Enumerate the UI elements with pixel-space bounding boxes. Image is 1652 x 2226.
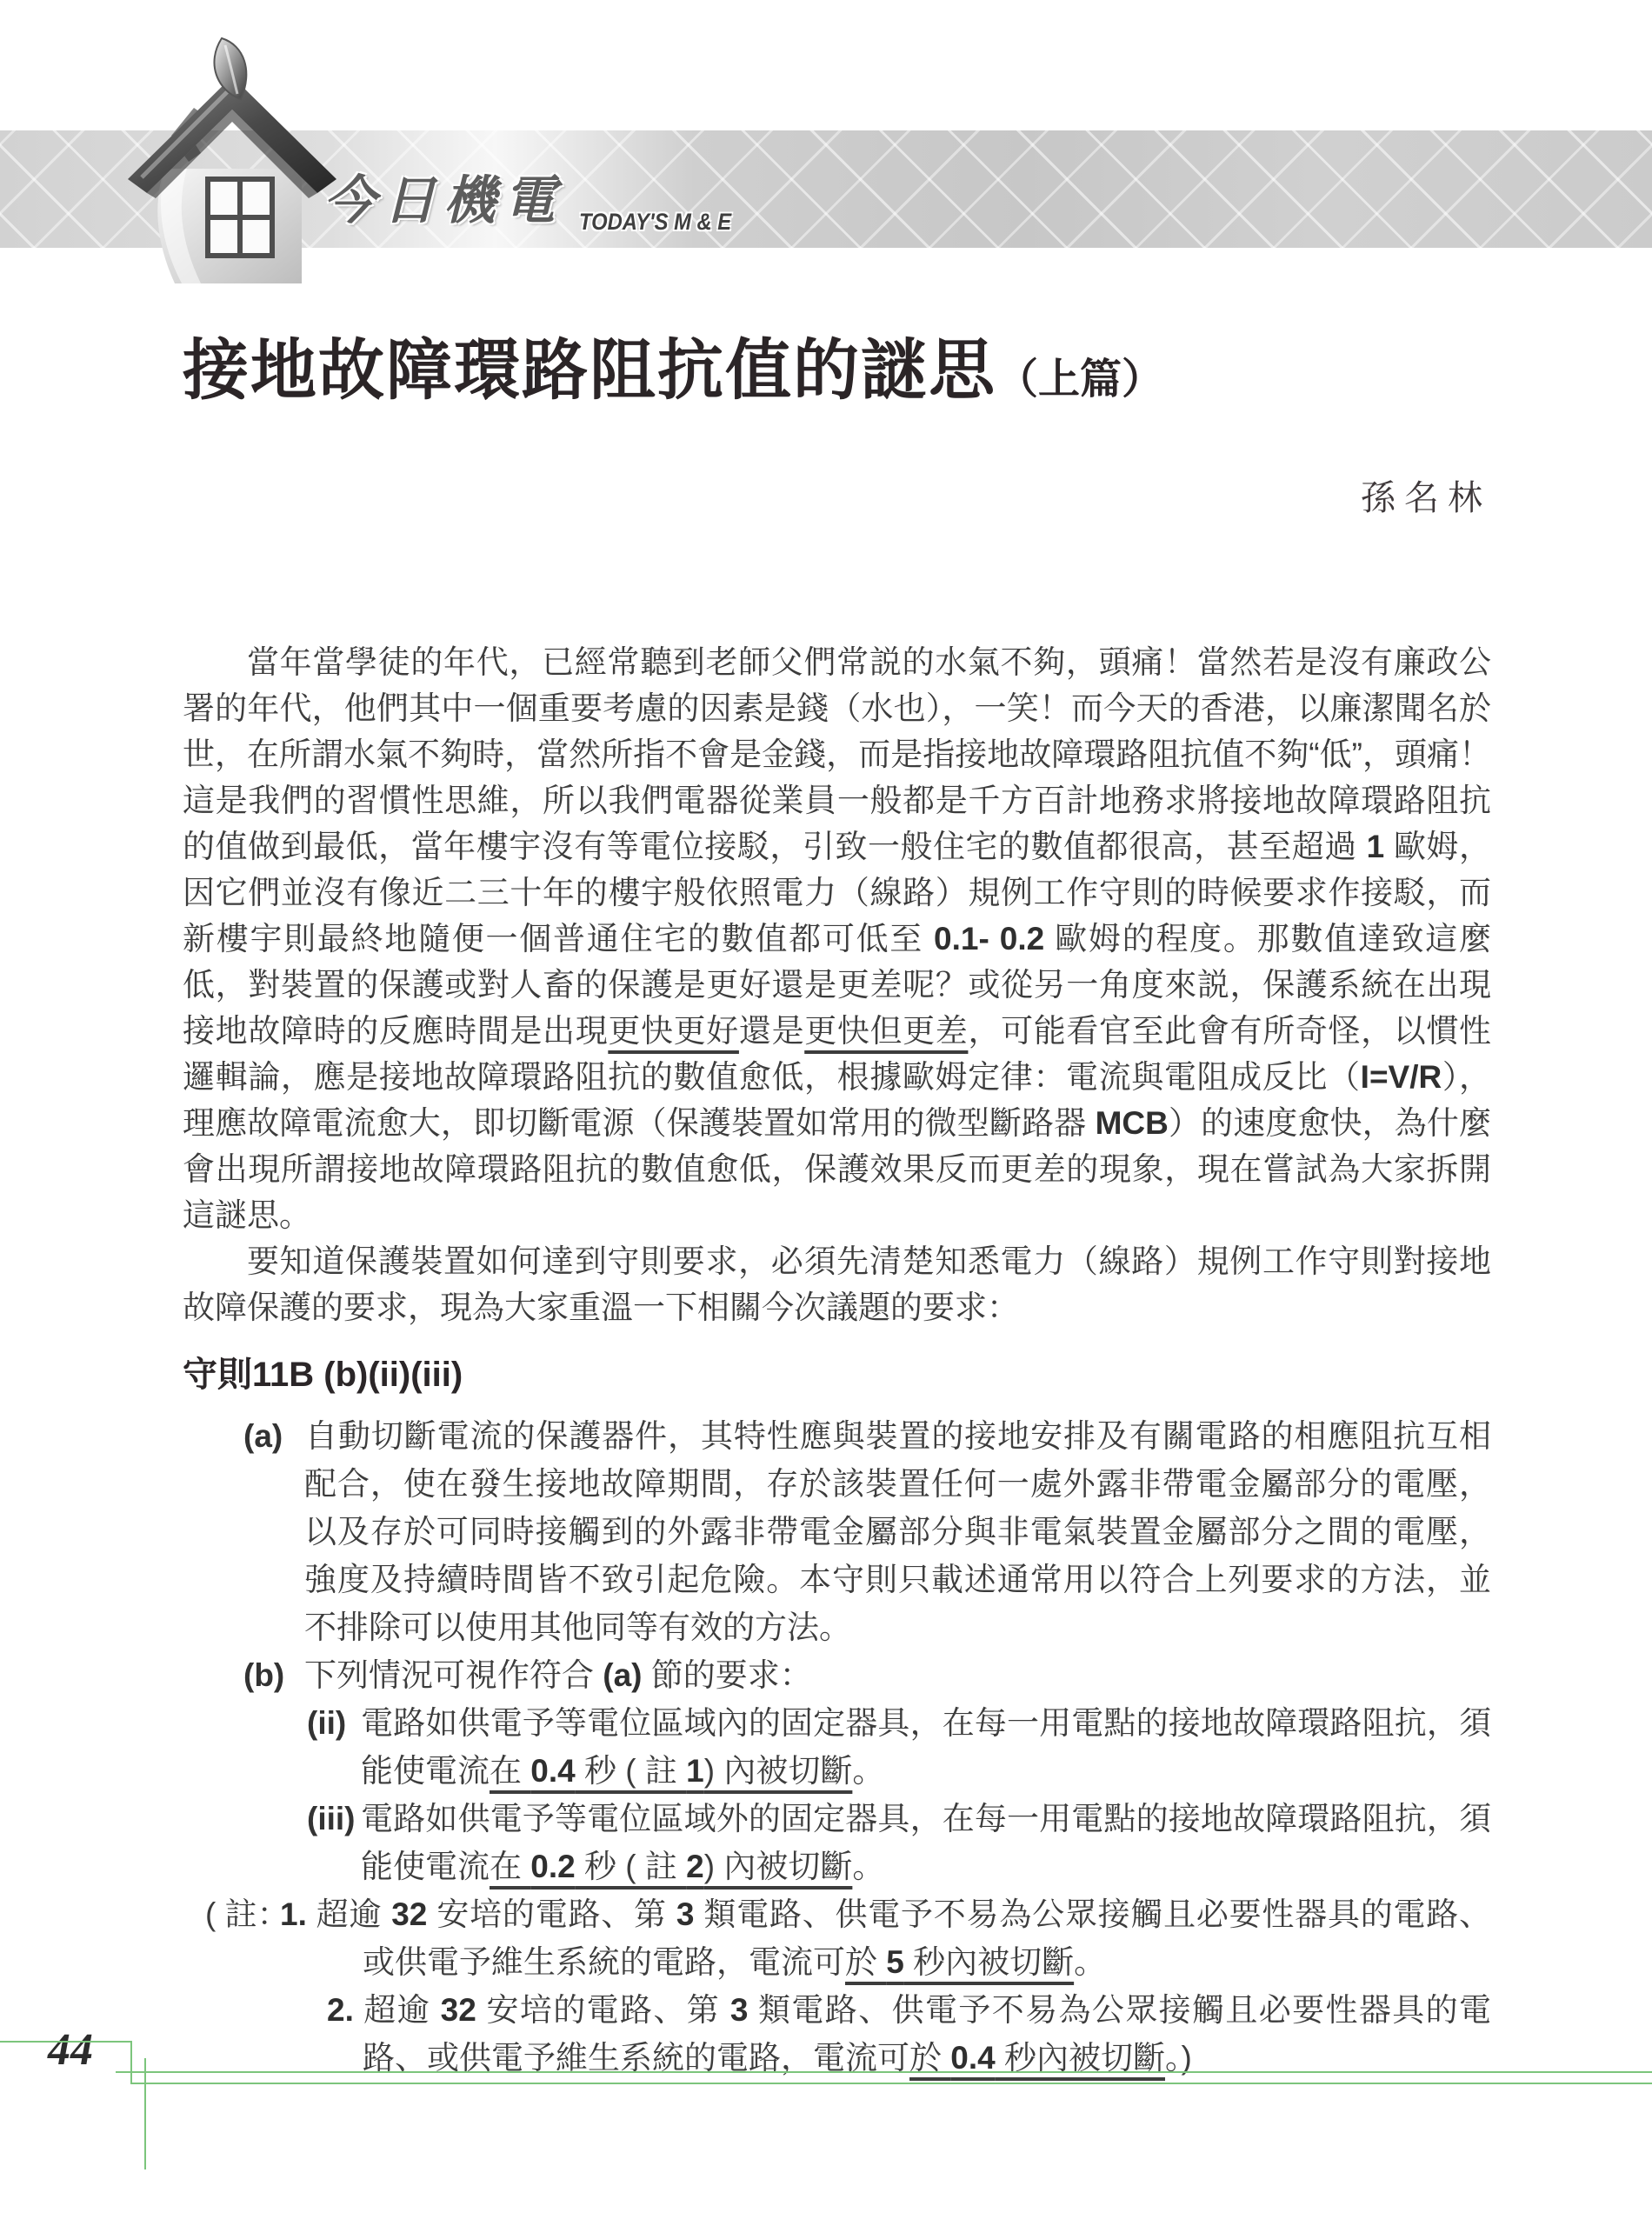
note-block: ( 註： 1.超逾 32 安培的電路、第 3 類電路、供電予不易為公眾接觸且必要… <box>183 1890 1491 2082</box>
page-number: 44 <box>48 2024 93 2076</box>
magazine-page: 今日機電 TODAY'S M & E 接地故障環路阻抗值的謎思（上篇） 孫名林 … <box>0 0 1652 2226</box>
decorative-line <box>116 2071 1652 2073</box>
article: 接地故障環路阻抗值的謎思（上篇） 孫名林 當年當學徒的年代，已經常聽到老師父們常… <box>183 328 1491 2082</box>
note-entry-2: 2.超逾 32 安培的電路、第 3 類電路、供電予不易為公眾接觸且必要性器具的電… <box>183 1986 1491 2082</box>
rule-heading: 守則11B (b)(ii)(iii) <box>183 1353 1491 1396</box>
list-marker-b: (b) <box>243 1651 304 1699</box>
paragraph-1: 當年當學徒的年代，已經常聽到老師父們常説的水氣不夠，頭痛！當然若是沒有廉政公署的… <box>183 639 1491 1238</box>
note-entry-2-text: 超逾 32 安培的電路、第 3 類電路、供電予不易為公眾接觸且必要性器具的電路、… <box>363 1992 1491 2076</box>
decorative-line <box>144 2058 146 2169</box>
note-marker-2: 2. <box>327 1992 363 2028</box>
list-marker-iii: (iii) <box>307 1795 361 1843</box>
article-author: 孫名林 <box>183 477 1491 519</box>
list-item-b-iii: (iii)電路如供電予等電位區域外的固定器具，在每一用電點的接地故障環路阻抗，須… <box>183 1795 1491 1890</box>
logo-chinese-text: 今日機電 <box>323 172 563 230</box>
list-marker-ii: (ii) <box>307 1699 361 1747</box>
article-title: 接地故障環路阻抗值的謎思（上篇） <box>183 328 1491 423</box>
logo-english-text: TODAY'S M & E <box>579 209 731 236</box>
list-item-b-ii-text: 電路如供電予等電位區域內的固定器具，在每一用電點的接地故障環路阻抗，須能使電流在… <box>361 1705 1491 1789</box>
list-item-a: (a)自動切斷電流的保護器件，其特性應與裝置的接地安排及有關電路的相應阻抗互相配… <box>183 1412 1491 1651</box>
note-entry-1: 1.超逾 32 安培的電路、第 3 類電路、供電予不易為公眾接觸且必要性器具的電… <box>183 1890 1491 1986</box>
list-item-b: (b)下列情況可視作符合 (a) 節的要求： <box>183 1651 1491 1699</box>
note-prefix: ( 註： <box>205 1890 290 1938</box>
title-suffix: （上篇） <box>996 357 1163 403</box>
list-item-b-text: 下列情況可視作符合 (a) 節的要求： <box>304 1657 812 1693</box>
decorative-line <box>130 2041 132 2084</box>
list-item-b-iii-text: 電路如供電予等電位區域外的固定器具，在每一用電點的接地故障環路阻抗，須能使電流在… <box>361 1801 1491 1884</box>
logotype: 今日機電 TODAY'S M & E <box>0 0 1652 248</box>
note-entry-1-text: 超逾 32 安培的電路、第 3 類電路、供電予不易為公眾接觸且必要性器具的電路、… <box>316 1896 1491 1980</box>
title-main: 接地故障環路阻抗值的謎思 <box>183 335 996 408</box>
paragraph-2: 要知道保護裝置如何達到守則要求，必須先清楚知悉電力（線路）規例工作守則對接地故障… <box>183 1238 1491 1330</box>
decorative-line <box>0 2041 130 2043</box>
masthead: 今日機電 TODAY'S M & E <box>0 0 1652 248</box>
list-marker-a: (a) <box>243 1412 304 1460</box>
decorative-line <box>130 2083 1652 2084</box>
list-item-a-text: 自動切斷電流的保護器件，其特性應與裝置的接地安排及有關電路的相應阻抗互相配合，使… <box>304 1418 1491 1645</box>
list-item-b-ii: (ii)電路如供電予等電位區域內的固定器具，在每一用電點的接地故障環路阻抗，須能… <box>183 1699 1491 1795</box>
